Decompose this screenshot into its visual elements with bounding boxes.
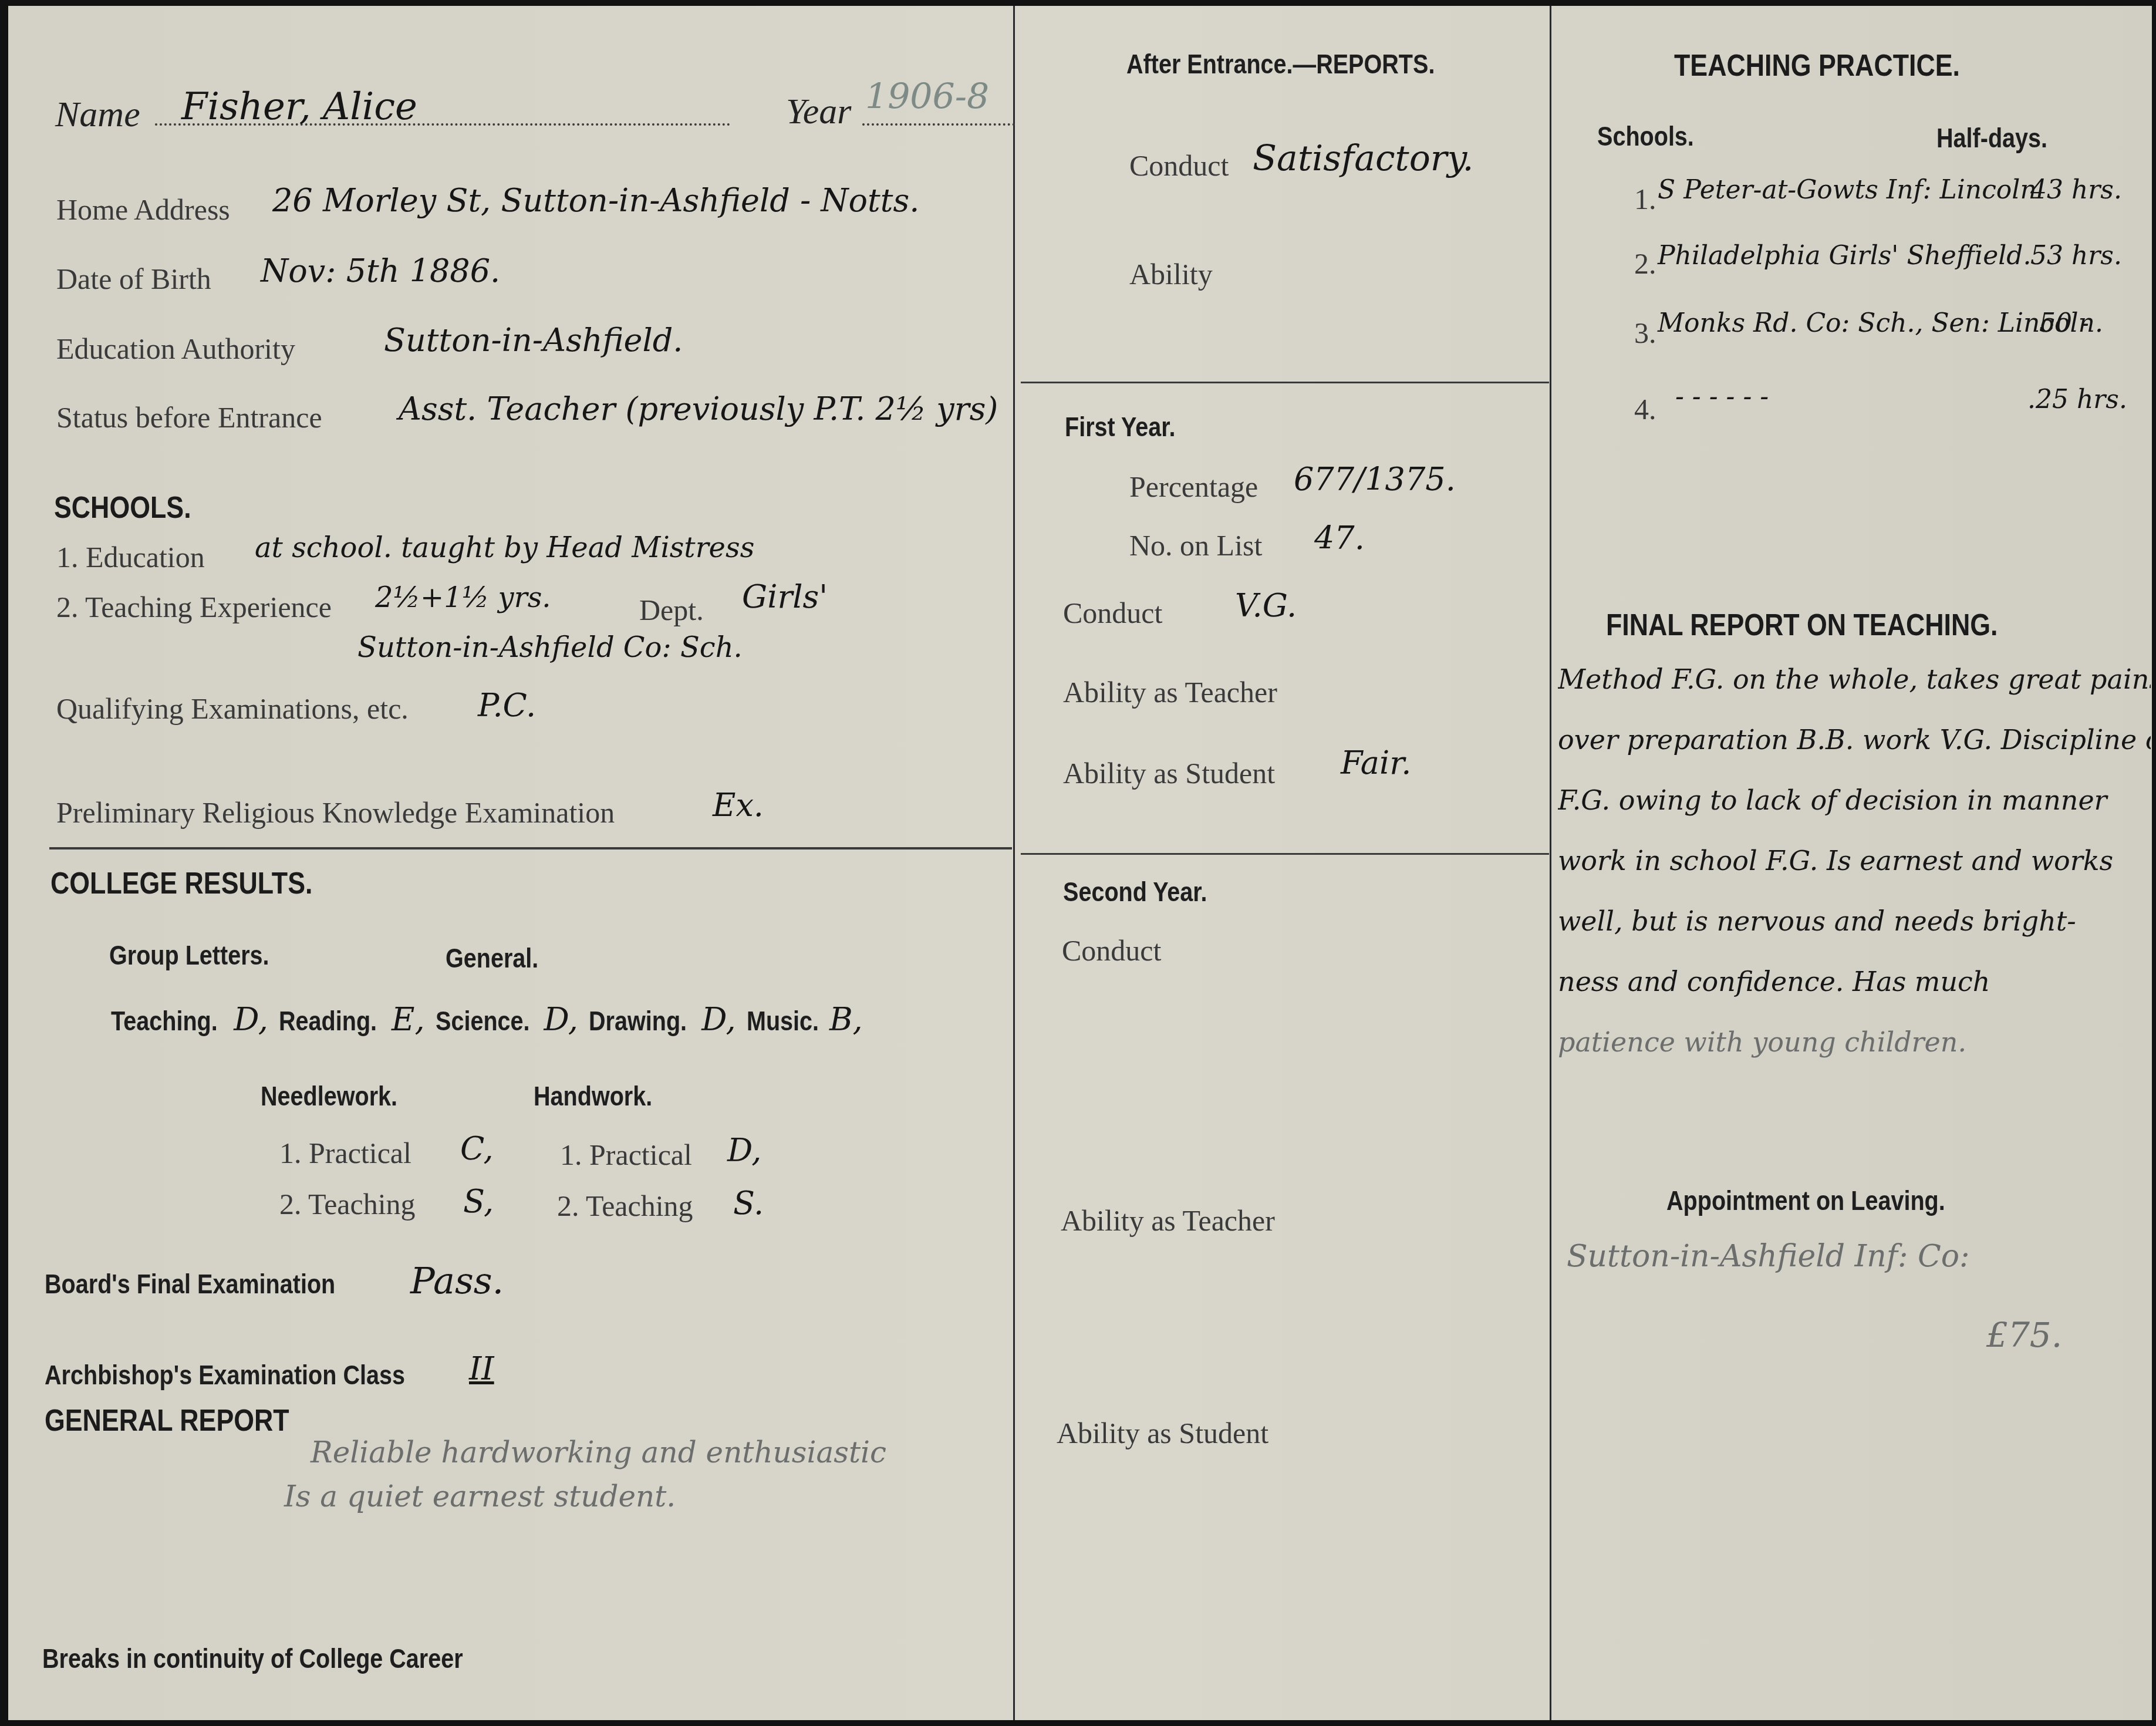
home-address-label: Home Address xyxy=(56,193,230,227)
teaching-experience-label: 2. Teaching Experience xyxy=(56,590,332,624)
first-year-ability-student-label: Ability as Student xyxy=(1063,756,1275,790)
subject-reading-grade: E, xyxy=(392,1001,425,1038)
status-value: Asst. Teacher (previously P.T. 2½ yrs) xyxy=(399,390,998,427)
handwork-label: Handwork. xyxy=(534,1080,652,1112)
practice-school-3: Monks Rd. Co: Sch., Sen: Lincoln. xyxy=(1658,308,2103,338)
halfdays-column-header: Half-days. xyxy=(1936,122,2047,154)
appointment-salary: £75. xyxy=(1986,1315,2062,1355)
subject-drawing-grade: D, xyxy=(701,1001,736,1038)
final-report-heading: FINAL REPORT ON TEACHING. xyxy=(1606,608,1998,643)
final-report-line: well, but is nervous and needs bright- xyxy=(1558,905,2151,966)
after-entrance-heading: After Entrance.—REPORTS. xyxy=(1126,48,1435,80)
general-report-label: GENERAL REPORT xyxy=(45,1403,289,1438)
practice-school-1: S Peter-at-Gowts Inf: Lincoln xyxy=(1658,175,2037,205)
needlework-practical-label: 1. Practical xyxy=(279,1136,411,1170)
first-year-conduct-label: Conduct xyxy=(1063,596,1162,630)
subject-grades-row: Teaching. D, Reading. E, Science. D, Dra… xyxy=(111,1001,863,1038)
home-address-value: 26 Morley St, Sutton-in-Ashfield - Notts… xyxy=(272,182,919,219)
final-report-line: Method F.G. on the whole, takes great pa… xyxy=(1558,663,2151,724)
dob-value: Nov: 5th 1886. xyxy=(261,252,500,289)
general-label: General. xyxy=(446,942,538,974)
second-year-ability-teacher-label: Ability as Teacher xyxy=(1061,1204,1275,1238)
needlework-practical-grade: C, xyxy=(460,1130,494,1167)
after-conduct-label: Conduct xyxy=(1129,149,1229,183)
general-report-line2: Is a quiet earnest student. xyxy=(284,1479,676,1513)
needlework-teaching-label: 2. Teaching xyxy=(279,1187,416,1221)
final-report-line: ness and confidence. Has much xyxy=(1558,966,2151,1026)
dept-value: Girls' xyxy=(742,578,828,615)
final-report-text: Method F.G. on the whole, takes great pa… xyxy=(1558,663,2151,1087)
divider-middle-firstyear xyxy=(1021,382,1549,383)
education-authority-value: Sutton-in-Ashfield. xyxy=(384,322,683,359)
dob-label: Date of Birth xyxy=(56,262,211,296)
archbishop-label: Archbishop's Examination Class xyxy=(45,1359,405,1391)
year-field-line xyxy=(862,123,1015,126)
college-results-heading: COLLEGE RESULTS. xyxy=(50,866,312,901)
divider-left-college xyxy=(49,847,1012,849)
handwork-practical-label: 1. Practical xyxy=(560,1138,692,1172)
after-ability-label: Ability xyxy=(1129,257,1213,291)
name-value: Fisher, Alice xyxy=(181,85,417,129)
first-year-ability-teacher-label: Ability as Teacher xyxy=(1063,675,1277,709)
education-label: 1. Education xyxy=(56,540,205,574)
handwork-practical-grade: D, xyxy=(727,1132,762,1169)
subject-drawing-label: Drawing. xyxy=(589,1005,687,1037)
education-value: at school. taught by Head Mistress xyxy=(255,531,754,564)
final-report-line: patience with young children. xyxy=(1558,1026,2151,1087)
needlework-label: Needlework. xyxy=(261,1080,397,1112)
practice-num-2: 2. xyxy=(1634,247,1656,281)
prelim-religious-label: Preliminary Religious Knowledge Examinat… xyxy=(56,795,615,830)
column-divider-right xyxy=(1550,6,1551,1720)
final-report-line: F.G. owing to lack of decision in manner xyxy=(1558,784,2151,845)
second-year-conduct-label: Conduct xyxy=(1062,933,1161,967)
subject-music-label: Music. xyxy=(747,1005,819,1037)
subject-teaching-grade: D, xyxy=(234,1001,268,1038)
practice-school-4: - - - - - - xyxy=(1675,382,1769,412)
needlework-teaching-grade: S, xyxy=(463,1183,494,1220)
qualifying-value: P.C. xyxy=(478,687,536,724)
no-on-list-label: No. on List xyxy=(1129,528,1262,562)
practice-num-1: 1. xyxy=(1634,182,1656,216)
archbishop-value: II xyxy=(469,1350,494,1387)
status-label: Status before Entrance xyxy=(56,400,322,434)
percentage-value: 677/1375. xyxy=(1294,461,1456,498)
education-authority-label: Education Authority xyxy=(56,332,295,366)
subject-science-grade: D, xyxy=(544,1001,578,1038)
breaks-continuity-label: Breaks in continuity of College Career xyxy=(42,1643,463,1674)
column-divider-left xyxy=(1013,6,1015,1720)
teaching-experience-value: 2½+1½ yrs. xyxy=(375,581,551,614)
first-year-ability-student-value: Fair. xyxy=(1341,744,1411,781)
subject-reading-label: Reading. xyxy=(279,1005,377,1037)
record-card: Name Fisher, Alice Year 1906-8 Home Addr… xyxy=(8,6,2152,1720)
final-report-line: work in school F.G. Is earnest and works xyxy=(1558,845,2151,905)
dept-label: Dept. xyxy=(639,593,704,627)
subject-science-label: Science. xyxy=(436,1005,530,1037)
boards-final-label: Board's Final Examination xyxy=(45,1268,335,1300)
teaching-experience-school: Sutton-in-Ashfield Co: Sch. xyxy=(357,631,743,664)
practice-num-4: 4. xyxy=(1634,392,1656,426)
schools-column-header: Schools. xyxy=(1597,120,1694,152)
practice-halfdays-3: 50 - xyxy=(2039,308,2089,338)
practice-halfdays-1: 43 hrs. xyxy=(2030,175,2122,205)
prelim-religious-value: Ex. xyxy=(713,787,764,824)
practice-halfdays-4: .25 hrs. xyxy=(2027,385,2127,414)
general-report-line1: Reliable hardworking and enthusiastic xyxy=(311,1435,886,1469)
year-label: Year xyxy=(786,91,851,133)
teaching-practice-heading: TEACHING PRACTICE. xyxy=(1674,48,1960,83)
first-year-heading: First Year. xyxy=(1065,411,1175,443)
appointment-heading: Appointment on Leaving. xyxy=(1666,1185,1945,1216)
name-label: Name xyxy=(55,94,140,136)
boards-final-value: Pass. xyxy=(410,1259,504,1302)
appointment-value: Sutton-in-Ashfield Inf: Co: xyxy=(1567,1239,1970,1274)
second-year-heading: Second Year. xyxy=(1063,876,1207,908)
first-year-conduct-value: V.G. xyxy=(1235,587,1297,624)
divider-middle-secondyear xyxy=(1021,853,1549,855)
schools-heading: SCHOOLS. xyxy=(54,490,191,525)
qualifying-label: Qualifying Examinations, etc. xyxy=(56,692,409,726)
practice-halfdays-2: 53 hrs. xyxy=(2030,241,2122,271)
second-year-ability-student-label: Ability as Student xyxy=(1057,1416,1268,1450)
after-conduct-value: Satisfactory. xyxy=(1253,138,1473,179)
group-letters-label: Group Letters. xyxy=(109,939,269,971)
handwork-teaching-grade: S. xyxy=(733,1185,764,1222)
final-report-line: over preparation B.B. work V.G. Discipli… xyxy=(1558,724,2151,784)
year-value: 1906-8 xyxy=(865,76,989,117)
subject-music-grade: B, xyxy=(829,1001,863,1038)
handwork-teaching-label: 2. Teaching xyxy=(557,1189,693,1223)
no-on-list-value: 47. xyxy=(1314,520,1365,557)
practice-school-2: Philadelphia Girls' Sheffield. xyxy=(1658,241,2031,271)
percentage-label: Percentage xyxy=(1129,470,1258,504)
practice-num-3: 3. xyxy=(1634,316,1656,350)
subject-teaching-label: Teaching. xyxy=(111,1005,218,1037)
